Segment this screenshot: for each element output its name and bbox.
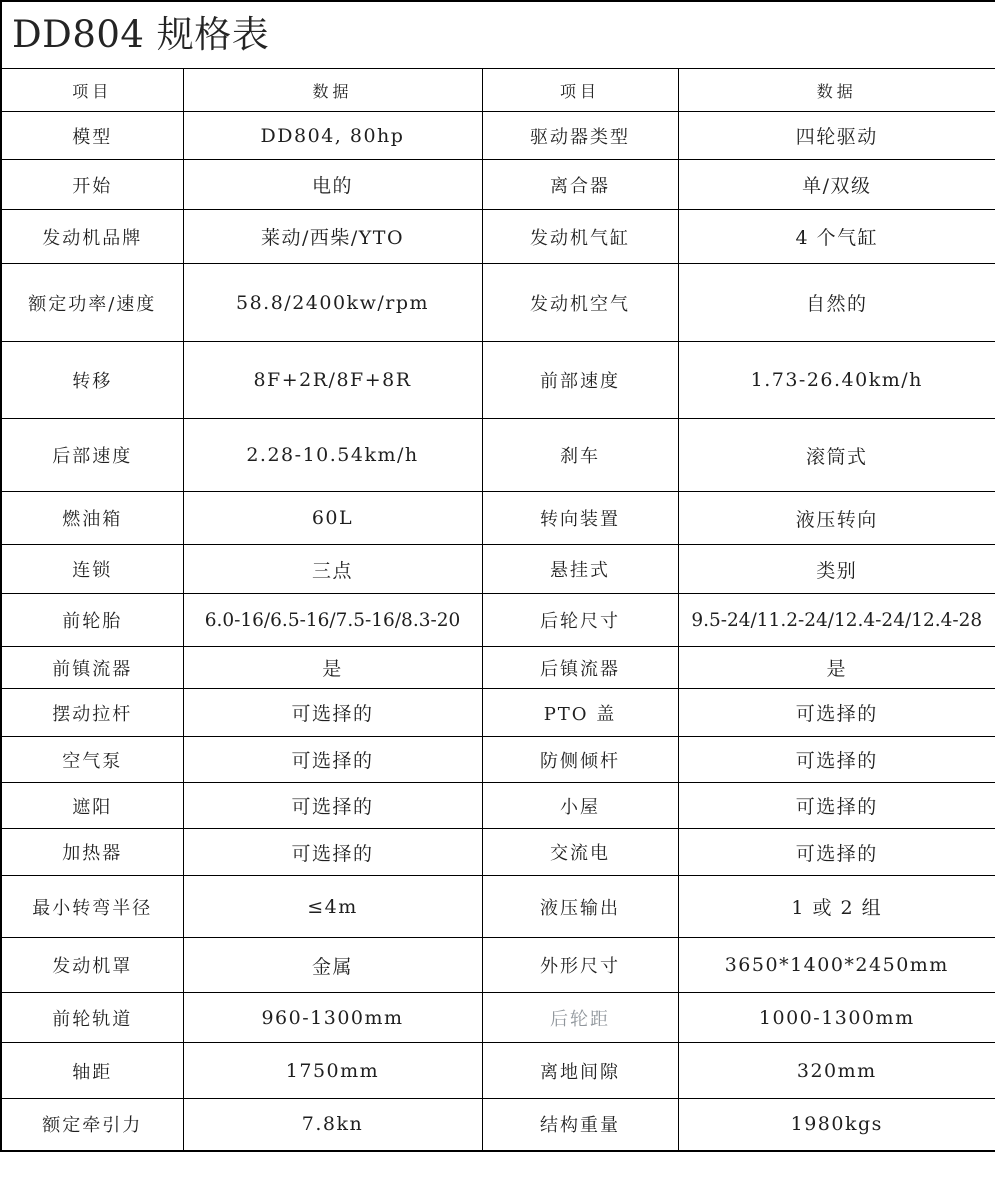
spec-value-cell: 6.0-16/6.5-16/7.5-16/8.3-20 [183, 594, 482, 647]
spec-item-cell: 后轮尺寸 [482, 594, 678, 647]
title-row: DD804 规格表 [1, 1, 995, 69]
spec-item-cell: 离合器 [482, 160, 678, 210]
table-row: 轴距1750mm离地间隙320mm [1, 1043, 995, 1099]
table-row: 额定牵引力7.8kn结构重量1980kgs [1, 1099, 995, 1151]
table-row: 前轮胎6.0-16/6.5-16/7.5-16/8.3-20后轮尺寸9.5-24… [1, 594, 995, 647]
spec-item-cell: 交流电 [482, 829, 678, 876]
spec-value-cell: 1.73-26.40km/h [678, 342, 995, 419]
spec-value-cell: ≤4m [183, 876, 482, 938]
spec-value-cell: 8F+2R/8F+8R [183, 342, 482, 419]
spec-item-cell: 最小转弯半径 [1, 876, 183, 938]
table-row: 后部速度2.28-10.54km/h刹车滚筒式 [1, 419, 995, 492]
spec-item-cell: 离地间隙 [482, 1043, 678, 1099]
spec-item-cell: 发动机品牌 [1, 210, 183, 264]
spec-value-cell: 滚筒式 [678, 419, 995, 492]
table-row: 前轮轨道960-1300mm后轮距1000-1300mm [1, 993, 995, 1043]
spec-value-cell: 可选择的 [678, 783, 995, 829]
spec-value-cell: 58.8/2400kw/rpm [183, 264, 482, 342]
spec-value-cell: 9.5-24/11.2-24/12.4-24/12.4-28 [678, 594, 995, 647]
spec-value-cell: 可选择的 [183, 737, 482, 783]
spec-value-cell: DD804, 80hp [183, 112, 482, 160]
spec-value-cell: 60L [183, 492, 482, 545]
column-header-data-right: 数据 [678, 69, 995, 112]
spec-item-cell: 模型 [1, 112, 183, 160]
spec-value-cell: 320mm [678, 1043, 995, 1099]
spec-value-cell: 1750mm [183, 1043, 482, 1099]
table-row: 加热器可选择的交流电可选择的 [1, 829, 995, 876]
spec-item-cell: 液压输出 [482, 876, 678, 938]
spec-value-cell: 7.8kn [183, 1099, 482, 1151]
table-row: 转移8F+2R/8F+8R前部速度1.73-26.40km/h [1, 342, 995, 419]
spec-value-cell: 可选择的 [183, 689, 482, 737]
spec-value-cell: 可选择的 [678, 737, 995, 783]
spec-item-cell: 前镇流器 [1, 647, 183, 689]
spec-item-cell: 后镇流器 [482, 647, 678, 689]
spec-item-cell: 遮阳 [1, 783, 183, 829]
spec-item-cell: 刹车 [482, 419, 678, 492]
table-row: 空气泵可选择的防侧倾杆可选择的 [1, 737, 995, 783]
spec-item-cell: 发动机空气 [482, 264, 678, 342]
table-row: 连锁三点悬挂式类别 [1, 545, 995, 594]
spec-item-cell: 燃油箱 [1, 492, 183, 545]
spec-item-cell: 小屋 [482, 783, 678, 829]
table-row: 模型DD804, 80hp驱动器类型四轮驱动 [1, 112, 995, 160]
table-row: 最小转弯半径≤4m液压输出1 或 2 组 [1, 876, 995, 938]
spec-item-cell: PTO 盖 [482, 689, 678, 737]
spec-value-cell: 可选择的 [678, 689, 995, 737]
spec-value-cell: 自然的 [678, 264, 995, 342]
spec-value-cell: 可选择的 [183, 783, 482, 829]
spec-item-cell: 结构重量 [482, 1099, 678, 1151]
spec-item-cell: 悬挂式 [482, 545, 678, 594]
spec-item-cell: 前轮胎 [1, 594, 183, 647]
spec-value-cell: 三点 [183, 545, 482, 594]
spec-value-cell: 莱动/西柴/YTO [183, 210, 482, 264]
spec-item-cell: 连锁 [1, 545, 183, 594]
spec-item-cell: 发动机气缸 [482, 210, 678, 264]
page-title: DD804 规格表 [1, 1, 995, 69]
spec-value-cell: 1000-1300mm [678, 993, 995, 1043]
spec-item-cell: 摆动拉杆 [1, 689, 183, 737]
spec-item-cell: 后部速度 [1, 419, 183, 492]
spec-value-cell: 1 或 2 组 [678, 876, 995, 938]
spec-item-cell: 驱动器类型 [482, 112, 678, 160]
table-row: 开始电的离合器单/双级 [1, 160, 995, 210]
spec-table-body: 模型DD804, 80hp驱动器类型四轮驱动开始电的离合器单/双级发动机品牌莱动… [1, 112, 995, 1151]
table-row: 燃油箱60L转向装置液压转向 [1, 492, 995, 545]
spec-item-cell: 空气泵 [1, 737, 183, 783]
spec-item-cell: 发动机罩 [1, 938, 183, 993]
spec-value-cell: 电的 [183, 160, 482, 210]
spec-value-cell: 是 [678, 647, 995, 689]
spec-item-cell: 额定功率/速度 [1, 264, 183, 342]
column-header-row: 项目 数据 项目 数据 [1, 69, 995, 112]
spec-value-cell: 单/双级 [678, 160, 995, 210]
spec-value-cell: 金属 [183, 938, 482, 993]
spec-value-cell: 4 个气缸 [678, 210, 995, 264]
table-row: 额定功率/速度58.8/2400kw/rpm发动机空气自然的 [1, 264, 995, 342]
spec-value-cell: 可选择的 [678, 829, 995, 876]
spec-value-cell: 是 [183, 647, 482, 689]
spec-item-cell: 转向装置 [482, 492, 678, 545]
spec-value-cell: 3650*1400*2450mm [678, 938, 995, 993]
spec-item-cell: 后轮距 [482, 993, 678, 1043]
spec-item-cell: 防侧倾杆 [482, 737, 678, 783]
spec-value-cell: 2.28-10.54km/h [183, 419, 482, 492]
table-row: 遮阳可选择的小屋可选择的 [1, 783, 995, 829]
table-row: 发动机品牌莱动/西柴/YTO发动机气缸4 个气缸 [1, 210, 995, 264]
spec-value-cell: 四轮驱动 [678, 112, 995, 160]
table-row: 摆动拉杆可选择的PTO 盖可选择的 [1, 689, 995, 737]
spec-item-cell: 转移 [1, 342, 183, 419]
spec-item-cell: 外形尺寸 [482, 938, 678, 993]
spec-item-cell: 开始 [1, 160, 183, 210]
spec-table: DD804 规格表 项目 数据 项目 数据 模型DD804, 80hp驱动器类型… [0, 0, 995, 1152]
spec-item-cell: 前轮轨道 [1, 993, 183, 1043]
table-row: 前镇流器是后镇流器是 [1, 647, 995, 689]
spec-item-cell: 额定牵引力 [1, 1099, 183, 1151]
column-header-data-left: 数据 [183, 69, 482, 112]
table-row: 发动机罩金属外形尺寸3650*1400*2450mm [1, 938, 995, 993]
spec-value-cell: 类别 [678, 545, 995, 594]
spec-item-cell: 前部速度 [482, 342, 678, 419]
spec-value-cell: 960-1300mm [183, 993, 482, 1043]
spec-value-cell: 液压转向 [678, 492, 995, 545]
spec-item-cell: 加热器 [1, 829, 183, 876]
spec-item-cell: 轴距 [1, 1043, 183, 1099]
column-header-item-left: 项目 [1, 69, 183, 112]
column-header-item-right: 项目 [482, 69, 678, 112]
spec-value-cell: 1980kgs [678, 1099, 995, 1151]
spec-value-cell: 可选择的 [183, 829, 482, 876]
